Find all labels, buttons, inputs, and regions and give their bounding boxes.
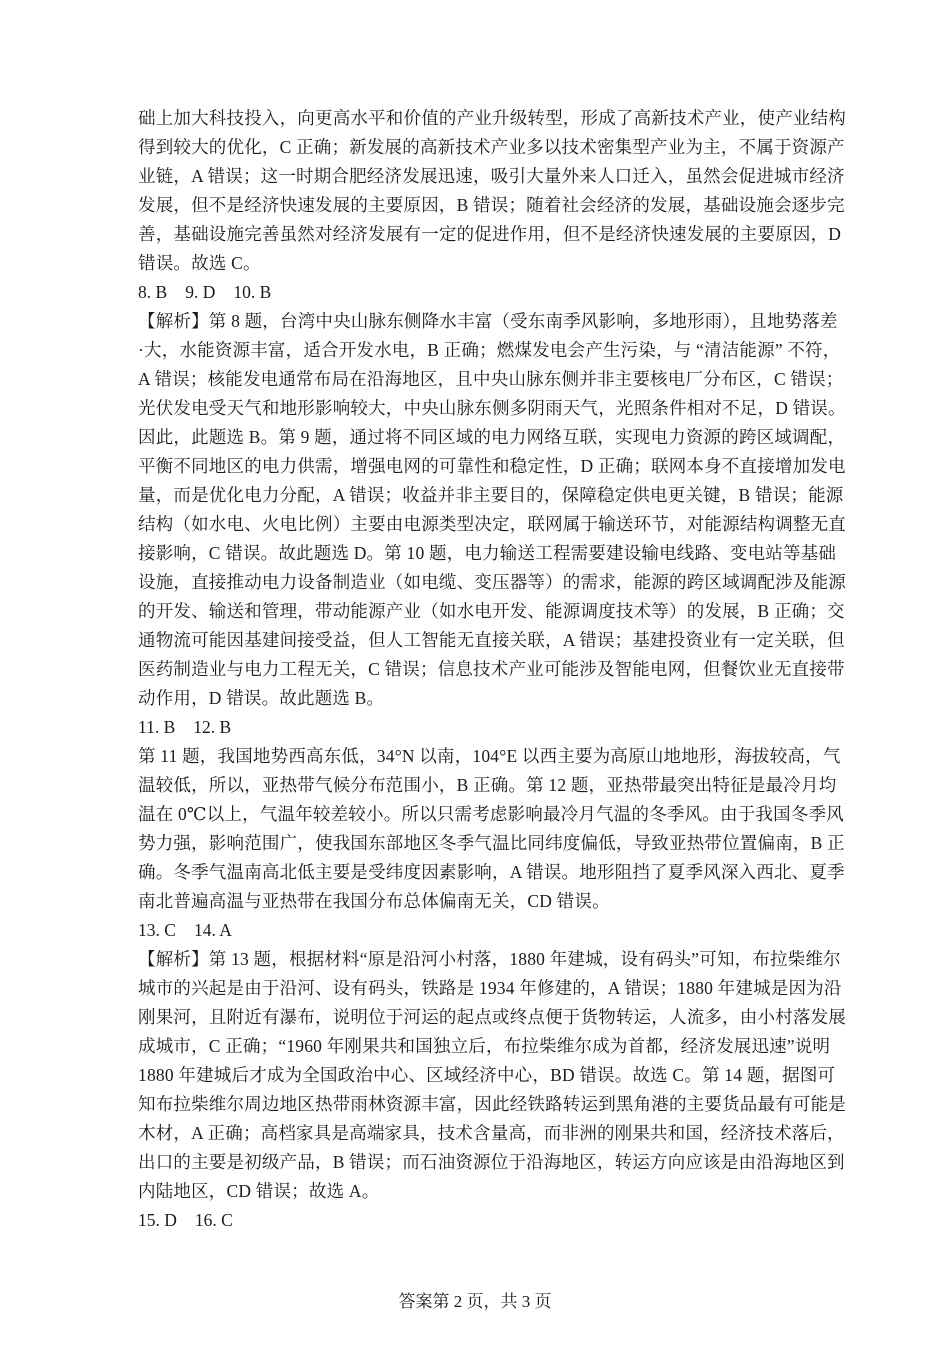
text-line: 量，而是优化电力分配，A 错误；收益并非主要目的，保障稳定供电更关键，B 错误；… xyxy=(138,481,816,510)
explanation-q13-q14: 【解析】第 13 题，根据材料“原是沿河小村落，1880 年建城，设有码头”可知… xyxy=(138,945,816,1206)
text-line: 【解析】第 13 题，根据材料“原是沿河小村落，1880 年建城，设有码头”可知… xyxy=(138,945,816,974)
answer-key-page: 础上加大科技投入，向更高水平和价值的产业升级转型，形成了高新技术产业，使产业结构… xyxy=(0,0,950,1345)
answer-item: 10. B xyxy=(233,278,271,307)
text-line: 南北普遍高温与亚热带在我国分布总体偏南无关，CD 错误。 xyxy=(138,887,816,916)
answers-row-15-16: 15. D 16. C xyxy=(138,1206,816,1235)
text-line: 动作用，D 错误。故此题选 B。 xyxy=(138,684,816,713)
text-line: 平衡不同地区的电力供需，增强电网的可靠性和稳定性，D 正确；联网本身不直接增加发… xyxy=(138,452,816,481)
text-line: 1880 年建城后才成为全国政治中心、区域经济中心，BD 错误。故选 C。第 1… xyxy=(138,1061,816,1090)
explanation-q8-q10: 【解析】第 8 题，台湾中央山脉东侧降水丰富（受东南季风影响，多地形雨），且地势… xyxy=(138,307,816,713)
answer-item: 14. A xyxy=(194,916,232,945)
text-line: 木材，A 正确；高档家具是高端家具，技术含量高，而非洲的刚果共和国，经济技术落后… xyxy=(138,1119,816,1148)
answers-row-11-12: 11. B 12. B xyxy=(138,713,816,742)
text-line: 城市的兴起是由于沿河、设有码头，铁路是 1934 年修建的，A 错误；1880 … xyxy=(138,974,816,1003)
text-line: 得到较大的优化，C 正确；新发展的高新技术产业多以技术密集型产业为主，不属于资源… xyxy=(138,133,816,162)
answer-item: 11. B xyxy=(138,713,175,742)
text-line: 错误。故选 C。 xyxy=(138,249,816,278)
text-line: 内陆地区，CD 错误；故选 A。 xyxy=(138,1177,816,1206)
text-line: 势力强，影响范围广，使我国东部地区冬季气温比同纬度偏低，导致亚热带位置偏南，B … xyxy=(138,829,816,858)
page-footer: 答案第 2 页，共 3 页 xyxy=(0,1290,950,1314)
text-line: 善，基础设施完善虽然对经济发展有一定的促进作用，但不是经济快速发展的主要原因，D xyxy=(138,220,816,249)
answer-item: 12. B xyxy=(193,713,231,742)
text-line: 业链，A 错误；这一时期合肥经济发展迅速，吸引大量外来人口迁入，虽然会促进城市经… xyxy=(138,162,816,191)
text-line: 接影响，C 错误。故此题选 D。第 10 题，电力输送工程需要建设输电线路、变电… xyxy=(138,539,816,568)
paragraph-continuation-q7: 础上加大科技投入，向更高水平和价值的产业升级转型，形成了高新技术产业，使产业结构… xyxy=(138,104,816,278)
text-line: A 错误；核能发电通常布局在沿海地区，且中央山脉东侧并非主要核电厂分布区，C 错… xyxy=(138,365,816,394)
text-line: 确。冬季气温南高北低主要是受纬度因素影响，A 错误。地形阻挡了夏季风深入西北、夏… xyxy=(138,858,816,887)
text-line: 的开发、输送和管理，带动能源产业（如水电开发、能源调度技术等）的发展，B 正确；… xyxy=(138,597,816,626)
text-line: 医药制造业与电力工程无关，C 错误；信息技术产业可能涉及智能电网，但餐饮业无直接… xyxy=(138,655,816,684)
text-line: 设施，直接推动电力设备制造业（如电缆、变压器等）的需求，能源的跨区域调配涉及能源 xyxy=(138,568,816,597)
text-line: 结构（如水电、火电比例）主要由电源类型决定，联网属于输送环节，对能源结构调整无直 xyxy=(138,510,816,539)
answer-item: 16. C xyxy=(195,1206,233,1235)
text-line: 刚果河，且附近有瀑布，说明位于河运的起点或终点便于货物转运，人流多，由小村落发展 xyxy=(138,1003,816,1032)
text-line: 成城市，C 正确；“1960 年刚果共和国独立后，布拉柴维尔成为首都，经济发展迅… xyxy=(138,1032,816,1061)
answer-item: 13. C xyxy=(138,916,176,945)
answer-item: 8. B xyxy=(138,278,167,307)
text-line: ·大，水能资源丰富，适合开发水电，B 正确；燃煤发电会产生污染，与 “清洁能源”… xyxy=(138,336,816,365)
text-line: 通物流可能因基建间接受益，但人工智能无直接关联，A 错误；基建投资业有一定关联，… xyxy=(138,626,816,655)
text-line: 温较低，所以，亚热带气候分布范围小，B 正确。第 12 题，亚热带最突出特征是最… xyxy=(138,771,816,800)
text-line: 光伏发电受天气和地形影响较大，中央山脉东侧多阴雨天气，光照条件相对不足，D 错误… xyxy=(138,394,816,423)
answer-key-content: 础上加大科技投入，向更高水平和价值的产业升级转型，形成了高新技术产业，使产业结构… xyxy=(138,104,816,1235)
text-line: 础上加大科技投入，向更高水平和价值的产业升级转型，形成了高新技术产业，使产业结构 xyxy=(138,104,816,133)
text-line: 温在 0℃以上，气温年较差较小。所以只需考虑影响最冷月气温的冬季风。由于我国冬季… xyxy=(138,800,816,829)
text-line: 因此，此题选 B。第 9 题，通过将不同区域的电力网络互联，实现电力资源的跨区域… xyxy=(138,423,816,452)
text-line: 出口的主要是初级产品，B 错误；而石油资源位于沿海地区，转运方向应该是由沿海地区… xyxy=(138,1148,816,1177)
explanation-q11-q12: 第 11 题，我国地势西高东低，34°N 以南，104°E 以西主要为高原山地地… xyxy=(138,742,816,916)
text-line: 第 11 题，我国地势西高东低，34°N 以南，104°E 以西主要为高原山地地… xyxy=(138,742,816,771)
answer-item: 9. D xyxy=(185,278,215,307)
answers-row-13-14: 13. C 14. A xyxy=(138,916,816,945)
text-line: 知布拉柴维尔周边地区热带雨林资源丰富，因此经铁路转运到黑角港的主要货品最有可能是 xyxy=(138,1090,816,1119)
answers-row-8-10: 8. B 9. D 10. B xyxy=(138,278,816,307)
text-line: 【解析】第 8 题，台湾中央山脉东侧降水丰富（受东南季风影响，多地形雨），且地势… xyxy=(138,307,816,336)
text-line: 发展，但不是经济快速发展的主要原因，B 错误；随着社会经济的发展，基础设施会逐步… xyxy=(138,191,816,220)
answer-item: 15. D xyxy=(138,1206,177,1235)
